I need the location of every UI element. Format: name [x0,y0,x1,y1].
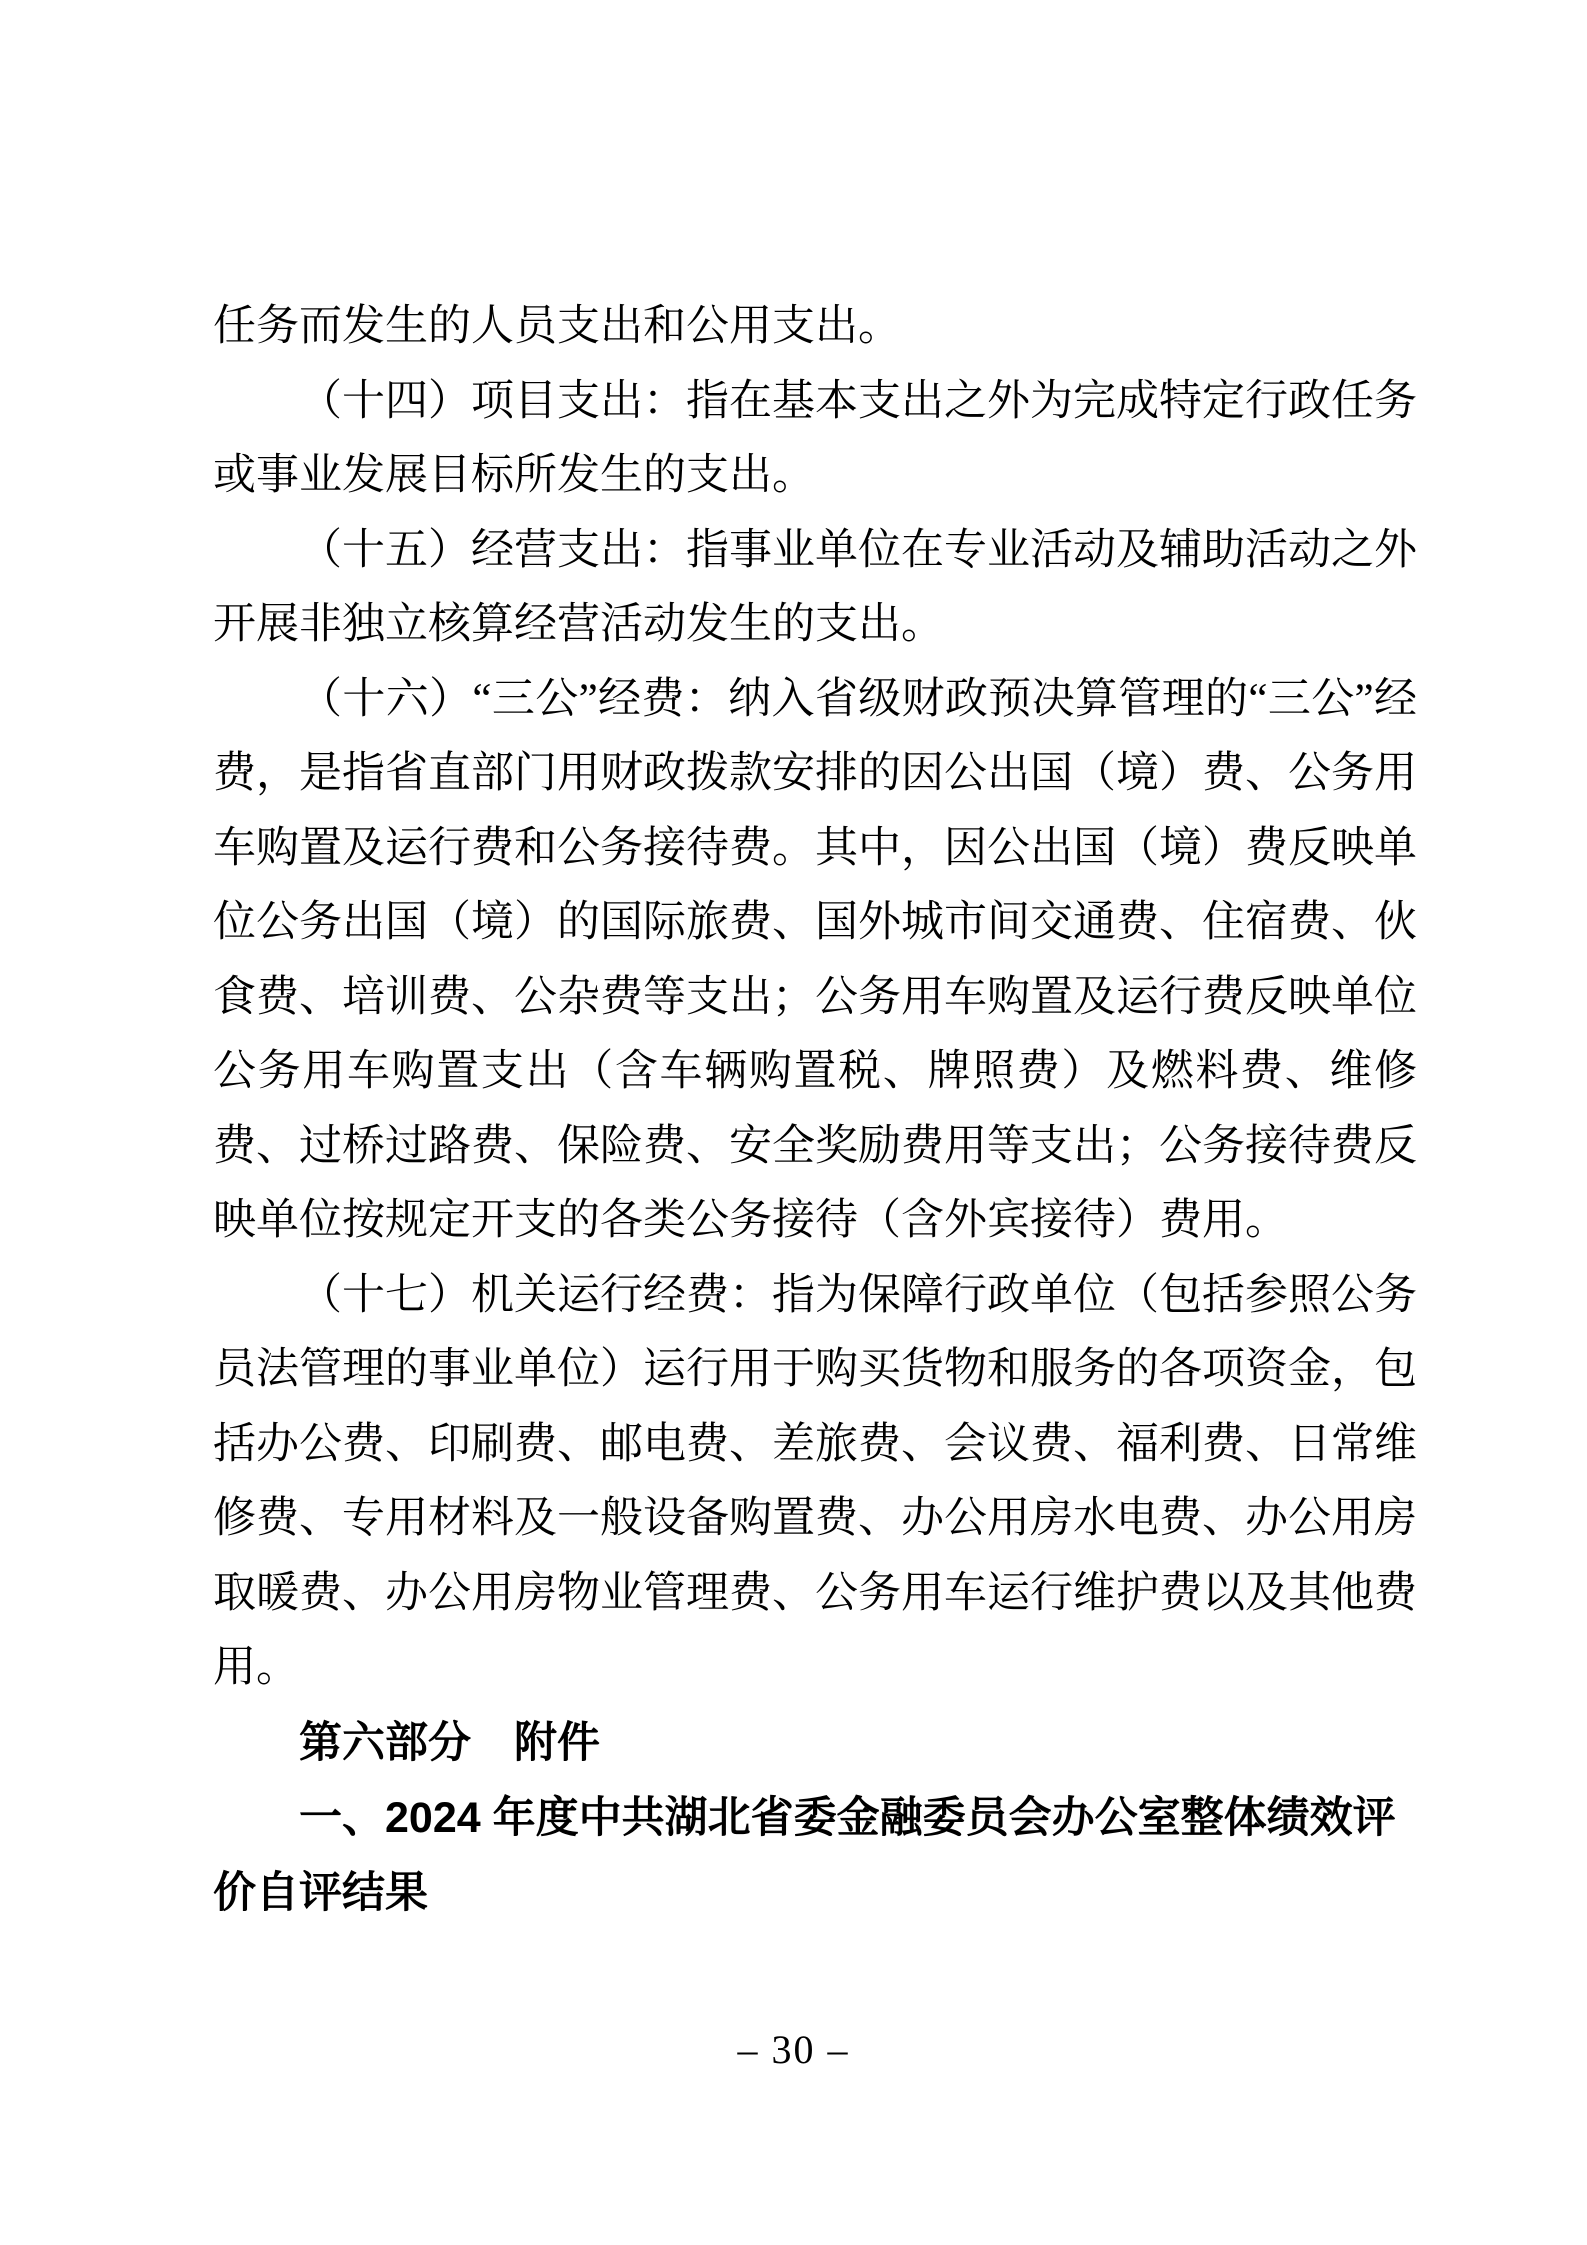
paragraph-item-16: （十六）“三公”经费：纳入省级财政预决算管理的“三公”经费，是指省直部门用财政拨… [213,663,1417,1259]
attachment-heading: 一、2024 年度中共湖北省委金融委员会办公室整体绩效评价自评结果 [213,1781,1417,1931]
paragraph-item-17: （十七）机关运行经费：指为保障行政单位（包括参照公务员法管理的事业单位）运行用于… [213,1259,1417,1706]
section-heading: 第六部分 附件 [213,1706,1417,1781]
page-number: – 30 – [0,2028,1587,2072]
paragraph-item-15: （十五）经营支出：指事业单位在专业活动及辅助活动之外开展非独立核算经营活动发生的… [213,514,1417,663]
document-body: 任务而发生的人员支出和公用支出。 （十四）项目支出：指在基本支出之外为完成特定行… [213,290,1417,1931]
paragraph-continuation: 任务而发生的人员支出和公用支出。 [213,290,1417,365]
paragraph-item-14: （十四）项目支出：指在基本支出之外为完成特定行政任务或事业发展目标所发生的支出。 [213,365,1417,514]
document-page: 任务而发生的人员支出和公用支出。 （十四）项目支出：指在基本支出之外为完成特定行… [0,0,1587,2245]
